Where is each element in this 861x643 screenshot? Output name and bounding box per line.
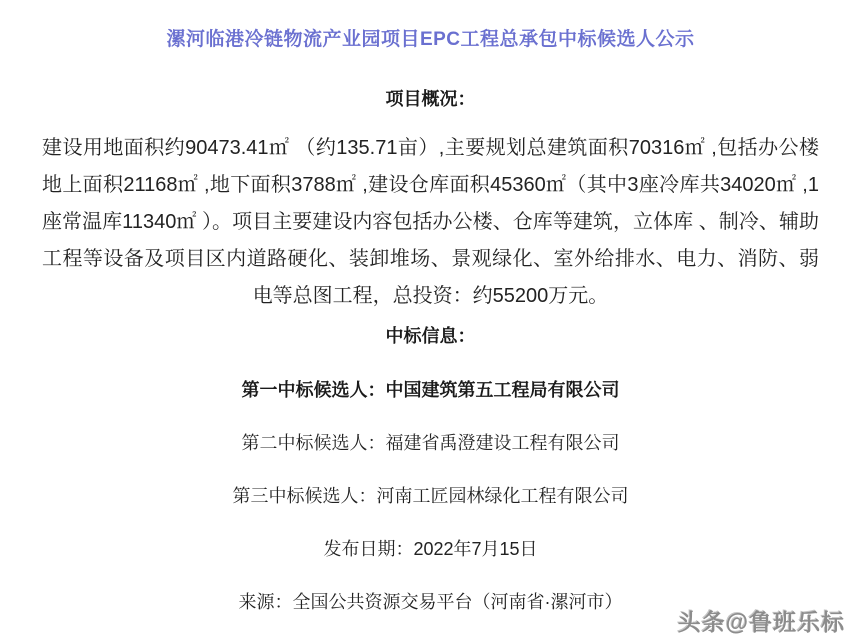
publish-date: 发布日期：2022年7月15日	[30, 538, 831, 560]
bid-candidate-3: 第三中标候选人：河南工匠园林绿化工程有限公司	[30, 485, 831, 507]
toutiao-watermark: 头条@鲁班乐标	[678, 604, 845, 637]
overview-paragraph: 建设用地面积约90473.41㎡ （约135.71亩）,主要规划总建筑面积703…	[42, 130, 819, 315]
bid-candidate-2: 第二中标候选人：福建省禹澄建设工程有限公司	[30, 432, 831, 454]
bid-heading: 中标信息：	[0, 325, 861, 347]
page-title: 漯河临港冷链物流产业园项目EPC工程总承包中标候选人公示	[30, 27, 831, 52]
bid-candidate-1: 第一中标候选人：中国建筑第五工程局有限公司	[30, 379, 831, 401]
overview-heading: 项目概况：	[0, 88, 861, 110]
article-page: { "title": "漯河临港冷链物流产业园项目EPC工程总承包中标候选人公示…	[0, 0, 861, 643]
